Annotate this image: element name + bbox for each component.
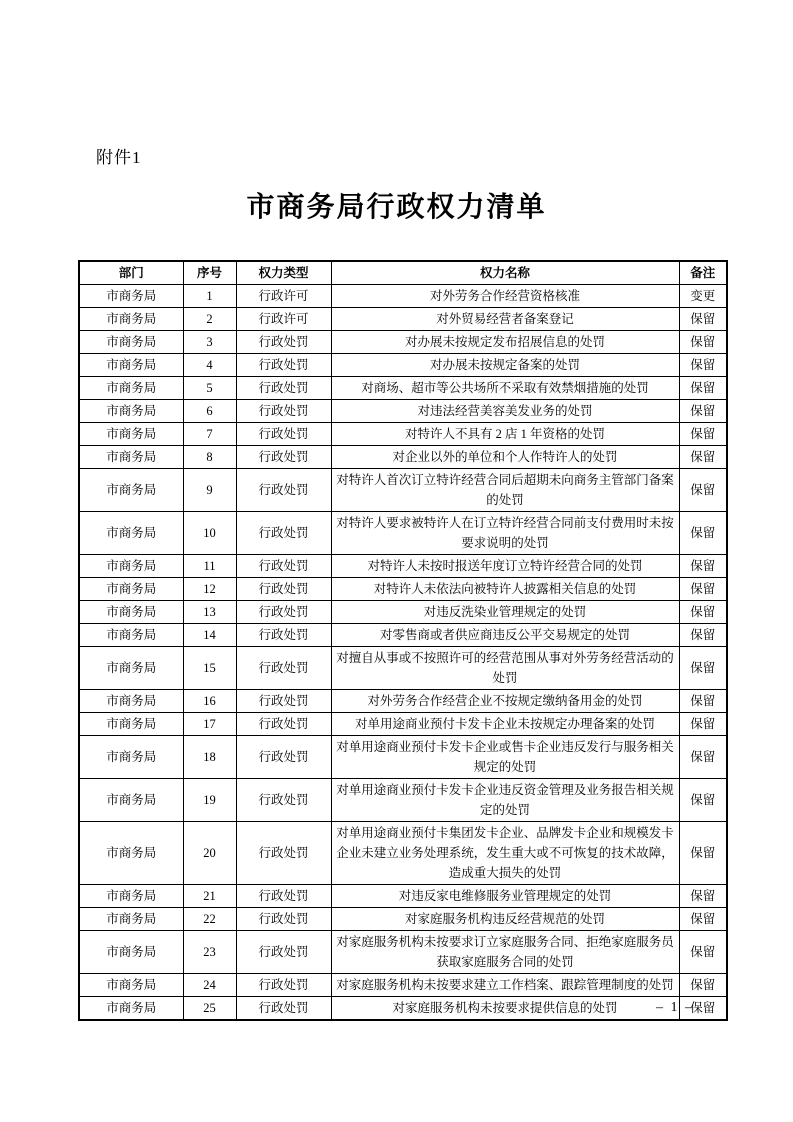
table-row: 市商务局15行政处罚对擅自从事或不按照许可的经营范围从事对外劳务经营活动的处罚保… <box>79 647 727 690</box>
dept-cell: 市商务局 <box>79 400 183 423</box>
type-cell: 行政处罚 <box>236 974 331 997</box>
column-header: 权力名称 <box>331 261 679 285</box>
index-cell: 21 <box>183 885 236 908</box>
table-row: 市商务局1行政许可对外劳务合作经营资格核准变更 <box>79 285 727 308</box>
name-cell: 对违反洗染业管理规定的处罚 <box>331 601 679 624</box>
name-cell: 对特许人未按时报送年度订立特许经营合同的处罚 <box>331 555 679 578</box>
table-row: 市商务局20行政处罚对单用途商业预付卡集团发卡企业、品牌发卡企业和规模发卡企业未… <box>79 822 727 885</box>
table-row: 市商务局3行政处罚对办展未按规定发布招展信息的处罚保留 <box>79 331 727 354</box>
name-cell: 对单用途商业预付卡发卡企业或售卡企业违反发行与服务相关规定的处罚 <box>331 736 679 779</box>
column-header: 部门 <box>79 261 183 285</box>
dept-cell: 市商务局 <box>79 974 183 997</box>
table-row: 市商务局5行政处罚对商场、超市等公共场所不采取有效禁烟措施的处罚保留 <box>79 377 727 400</box>
dept-cell: 市商务局 <box>79 931 183 974</box>
column-header: 序号 <box>183 261 236 285</box>
name-cell: 对特许人要求被特许人在订立特许经营合同前支付费用时未按要求说明的处罚 <box>331 512 679 555</box>
dept-cell: 市商务局 <box>79 308 183 331</box>
type-cell: 行政处罚 <box>236 601 331 624</box>
dept-cell: 市商务局 <box>79 377 183 400</box>
remark-cell: 保留 <box>679 779 727 822</box>
table-row: 市商务局14行政处罚对零售商或者供应商违反公平交易规定的处罚保留 <box>79 624 727 647</box>
dept-cell: 市商务局 <box>79 354 183 377</box>
name-cell: 对办展未按规定备案的处罚 <box>331 354 679 377</box>
index-cell: 20 <box>183 822 236 885</box>
column-header: 权力类型 <box>236 261 331 285</box>
remark-cell: 保留 <box>679 931 727 974</box>
index-cell: 8 <box>183 446 236 469</box>
dept-cell: 市商务局 <box>79 885 183 908</box>
table-row: 市商务局22行政处罚对家庭服务机构违反经营规范的处罚保留 <box>79 908 727 931</box>
table-row: 市商务局13行政处罚对违反洗染业管理规定的处罚保留 <box>79 601 727 624</box>
dept-cell: 市商务局 <box>79 624 183 647</box>
index-cell: 24 <box>183 974 236 997</box>
remark-cell: 保留 <box>679 469 727 512</box>
type-cell: 行政处罚 <box>236 331 331 354</box>
dept-cell: 市商务局 <box>79 285 183 308</box>
table-row: 市商务局21行政处罚对违反家电维修服务业管理规定的处罚保留 <box>79 885 727 908</box>
dept-cell: 市商务局 <box>79 713 183 736</box>
table-body: 市商务局1行政许可对外劳务合作经营资格核准变更市商务局2行政许可对外贸易经营者备… <box>79 285 727 1021</box>
name-cell: 对单用途商业预付卡集团发卡企业、品牌发卡企业和规模发卡企业未建立业务处理系统，发… <box>331 822 679 885</box>
table-row: 市商务局6行政处罚对违法经营美容美发业务的处罚保留 <box>79 400 727 423</box>
index-cell: 5 <box>183 377 236 400</box>
index-cell: 6 <box>183 400 236 423</box>
table-row: 市商务局17行政处罚对单用途商业预付卡发卡企业未按规定办理备案的处罚保留 <box>79 713 727 736</box>
table-row: 市商务局2行政许可对外贸易经营者备案登记保留 <box>79 308 727 331</box>
remark-cell: 保留 <box>679 377 727 400</box>
index-cell: 11 <box>183 555 236 578</box>
name-cell: 对家庭服务机构未按要求提供信息的处罚 <box>331 997 679 1021</box>
page-title: 市商务局行政权力清单 <box>0 185 793 225</box>
table-row: 市商务局18行政处罚对单用途商业预付卡发卡企业或售卡企业违反发行与服务相关规定的… <box>79 736 727 779</box>
type-cell: 行政许可 <box>236 308 331 331</box>
name-cell: 对外贸易经营者备案登记 <box>331 308 679 331</box>
remark-cell: 保留 <box>679 331 727 354</box>
index-cell: 17 <box>183 713 236 736</box>
remark-cell: 保留 <box>679 308 727 331</box>
index-cell: 14 <box>183 624 236 647</box>
remark-cell: 保留 <box>679 423 727 446</box>
column-header: 备注 <box>679 261 727 285</box>
index-cell: 13 <box>183 601 236 624</box>
name-cell: 对企业以外的单位和个人作特许人的处罚 <box>331 446 679 469</box>
remark-cell: 保留 <box>679 601 727 624</box>
remark-cell: 保留 <box>679 578 727 601</box>
remark-cell: 保留 <box>679 690 727 713</box>
dept-cell: 市商务局 <box>79 822 183 885</box>
type-cell: 行政处罚 <box>236 377 331 400</box>
name-cell: 对特许人未依法向被特许人披露相关信息的处罚 <box>331 578 679 601</box>
index-cell: 19 <box>183 779 236 822</box>
table-row: 市商务局4行政处罚对办展未按规定备案的处罚保留 <box>79 354 727 377</box>
name-cell: 对特许人不具有 2 店 1 年资格的处罚 <box>331 423 679 446</box>
name-cell: 对违法经营美容美发业务的处罚 <box>331 400 679 423</box>
dept-cell: 市商务局 <box>79 601 183 624</box>
dept-cell: 市商务局 <box>79 779 183 822</box>
name-cell: 对违反家电维修服务业管理规定的处罚 <box>331 885 679 908</box>
remark-cell: 保留 <box>679 974 727 997</box>
type-cell: 行政许可 <box>236 285 331 308</box>
power-list-table: 部门序号权力类型权力名称备注 市商务局1行政许可对外劳务合作经营资格核准变更市商… <box>78 260 728 1021</box>
name-cell: 对单用途商业预付卡发卡企业未按规定办理备案的处罚 <box>331 713 679 736</box>
index-cell: 9 <box>183 469 236 512</box>
index-cell: 2 <box>183 308 236 331</box>
type-cell: 行政处罚 <box>236 512 331 555</box>
name-cell: 对家庭服务机构违反经营规范的处罚 <box>331 908 679 931</box>
name-cell: 对家庭服务机构未按要求订立家庭服务合同、拒绝家庭服务员获取家庭服务合同的处罚 <box>331 931 679 974</box>
index-cell: 12 <box>183 578 236 601</box>
name-cell: 对外劳务合作经营资格核准 <box>331 285 679 308</box>
page-number: – 1 – <box>630 1000 720 1016</box>
dept-cell: 市商务局 <box>79 647 183 690</box>
index-cell: 3 <box>183 331 236 354</box>
name-cell: 对单用途商业预付卡发卡企业违反资金管理及业务报告相关规定的处罚 <box>331 779 679 822</box>
table-row: 市商务局7行政处罚对特许人不具有 2 店 1 年资格的处罚保留 <box>79 423 727 446</box>
type-cell: 行政处罚 <box>236 354 331 377</box>
name-cell: 对零售商或者供应商违反公平交易规定的处罚 <box>331 624 679 647</box>
remark-cell: 保留 <box>679 400 727 423</box>
type-cell: 行政处罚 <box>236 885 331 908</box>
dept-cell: 市商务局 <box>79 908 183 931</box>
type-cell: 行政处罚 <box>236 931 331 974</box>
dept-cell: 市商务局 <box>79 469 183 512</box>
dept-cell: 市商务局 <box>79 997 183 1021</box>
type-cell: 行政处罚 <box>236 997 331 1021</box>
remark-cell: 保留 <box>679 908 727 931</box>
dept-cell: 市商务局 <box>79 331 183 354</box>
name-cell: 对擅自从事或不按照许可的经营范围从事对外劳务经营活动的处罚 <box>331 647 679 690</box>
type-cell: 行政处罚 <box>236 690 331 713</box>
type-cell: 行政处罚 <box>236 555 331 578</box>
type-cell: 行政处罚 <box>236 713 331 736</box>
table-row: 市商务局16行政处罚对外劳务合作经营企业不按规定缴纳备用金的处罚保留 <box>79 690 727 713</box>
table-row: 市商务局23行政处罚对家庭服务机构未按要求订立家庭服务合同、拒绝家庭服务员获取家… <box>79 931 727 974</box>
dept-cell: 市商务局 <box>79 446 183 469</box>
attachment-label: 附件1 <box>96 143 142 168</box>
name-cell: 对家庭服务机构未按要求建立工作档案、跟踪管理制度的处罚 <box>331 974 679 997</box>
index-cell: 16 <box>183 690 236 713</box>
type-cell: 行政处罚 <box>236 779 331 822</box>
dept-cell: 市商务局 <box>79 736 183 779</box>
dept-cell: 市商务局 <box>79 423 183 446</box>
name-cell: 对办展未按规定发布招展信息的处罚 <box>331 331 679 354</box>
name-cell: 对特许人首次订立特许经营合同后超期未向商务主管部门备案的处罚 <box>331 469 679 512</box>
type-cell: 行政处罚 <box>236 822 331 885</box>
index-cell: 23 <box>183 931 236 974</box>
index-cell: 10 <box>183 512 236 555</box>
remark-cell: 保留 <box>679 647 727 690</box>
type-cell: 行政处罚 <box>236 400 331 423</box>
remark-cell: 保留 <box>679 885 727 908</box>
name-cell: 对商场、超市等公共场所不采取有效禁烟措施的处罚 <box>331 377 679 400</box>
index-cell: 25 <box>183 997 236 1021</box>
type-cell: 行政处罚 <box>236 736 331 779</box>
table-row: 市商务局10行政处罚对特许人要求被特许人在订立特许经营合同前支付费用时未按要求说… <box>79 512 727 555</box>
remark-cell: 保留 <box>679 736 727 779</box>
remark-cell: 保留 <box>679 512 727 555</box>
table-row: 市商务局9行政处罚对特许人首次订立特许经营合同后超期未向商务主管部门备案的处罚保… <box>79 469 727 512</box>
name-cell: 对外劳务合作经营企业不按规定缴纳备用金的处罚 <box>331 690 679 713</box>
remark-cell: 保留 <box>679 446 727 469</box>
remark-cell: 变更 <box>679 285 727 308</box>
type-cell: 行政处罚 <box>236 647 331 690</box>
remark-cell: 保留 <box>679 624 727 647</box>
remark-cell: 保留 <box>679 354 727 377</box>
table-row: 市商务局19行政处罚对单用途商业预付卡发卡企业违反资金管理及业务报告相关规定的处… <box>79 779 727 822</box>
index-cell: 4 <box>183 354 236 377</box>
remark-cell: 保留 <box>679 555 727 578</box>
index-cell: 22 <box>183 908 236 931</box>
type-cell: 行政处罚 <box>236 423 331 446</box>
remark-cell: 保留 <box>679 822 727 885</box>
table-header-row: 部门序号权力类型权力名称备注 <box>79 261 727 285</box>
table-row: 市商务局12行政处罚对特许人未依法向被特许人披露相关信息的处罚保留 <box>79 578 727 601</box>
table-row: 市商务局11行政处罚对特许人未按时报送年度订立特许经营合同的处罚保留 <box>79 555 727 578</box>
type-cell: 行政处罚 <box>236 446 331 469</box>
index-cell: 7 <box>183 423 236 446</box>
index-cell: 1 <box>183 285 236 308</box>
dept-cell: 市商务局 <box>79 578 183 601</box>
type-cell: 行政处罚 <box>236 469 331 512</box>
table-row: 市商务局8行政处罚对企业以外的单位和个人作特许人的处罚保留 <box>79 446 727 469</box>
type-cell: 行政处罚 <box>236 624 331 647</box>
table-row: 市商务局24行政处罚对家庭服务机构未按要求建立工作档案、跟踪管理制度的处罚保留 <box>79 974 727 997</box>
index-cell: 18 <box>183 736 236 779</box>
index-cell: 15 <box>183 647 236 690</box>
dept-cell: 市商务局 <box>79 555 183 578</box>
type-cell: 行政处罚 <box>236 908 331 931</box>
type-cell: 行政处罚 <box>236 578 331 601</box>
dept-cell: 市商务局 <box>79 690 183 713</box>
remark-cell: 保留 <box>679 713 727 736</box>
dept-cell: 市商务局 <box>79 512 183 555</box>
